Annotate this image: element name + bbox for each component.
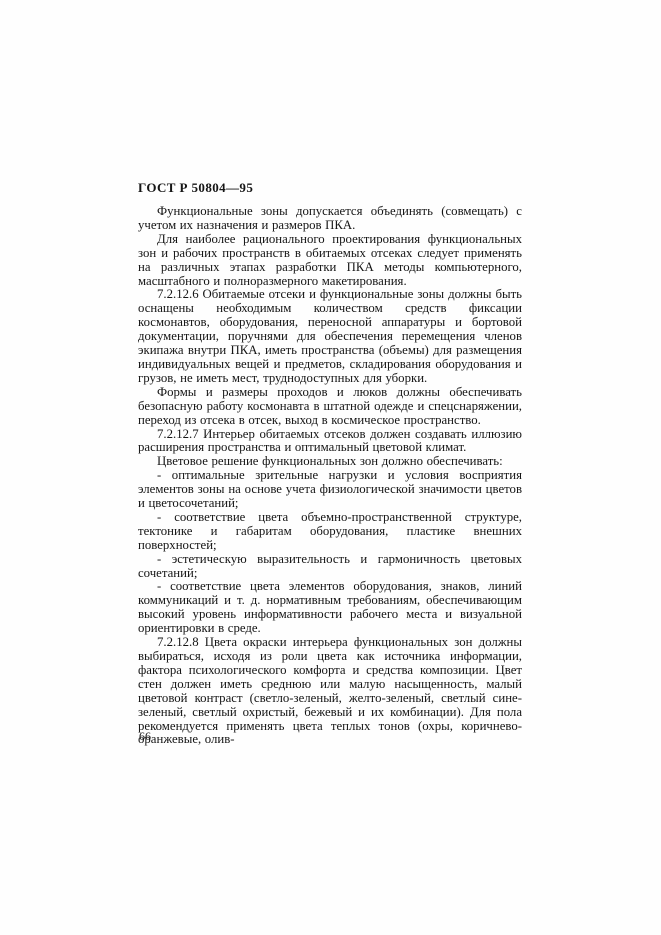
list-item-dash: - соответствие цвета объемно-пространств… bbox=[138, 511, 522, 553]
list-item-dash: - эстетическую выразительность и гармони… bbox=[138, 553, 522, 581]
list-item-dash: - оптимальные зрительные нагрузки и усло… bbox=[138, 469, 522, 511]
paragraph-clause-7-2-12-7: 7.2.12.7 Интерьер обитаемых отсеков долж… bbox=[138, 428, 522, 456]
document-body: Функциональные зоны допускается объединя… bbox=[138, 205, 522, 747]
paragraph: Для наиболее рационального проектировани… bbox=[138, 233, 522, 289]
list-item-dash: - соответствие цвета элементов оборудова… bbox=[138, 580, 522, 636]
running-header-standard-id: ГОСТ Р 50804—95 bbox=[138, 180, 253, 196]
paragraph-clause-7-2-12-8: 7.2.12.8 Цвета окраски интерьера функцио… bbox=[138, 636, 522, 747]
paragraph: Формы и размеры проходов и люков должны … bbox=[138, 386, 522, 428]
paragraph: Цветовое решение функциональных зон долж… bbox=[138, 455, 522, 469]
paragraph: Функциональные зоны допускается объединя… bbox=[138, 205, 522, 233]
document-page: ГОСТ Р 50804—95 Функциональные зоны допу… bbox=[0, 0, 661, 935]
page-number: 66 bbox=[139, 729, 151, 744]
paragraph-clause-7-2-12-6: 7.2.12.6 Обитаемые отсеки и функциональн… bbox=[138, 288, 522, 385]
